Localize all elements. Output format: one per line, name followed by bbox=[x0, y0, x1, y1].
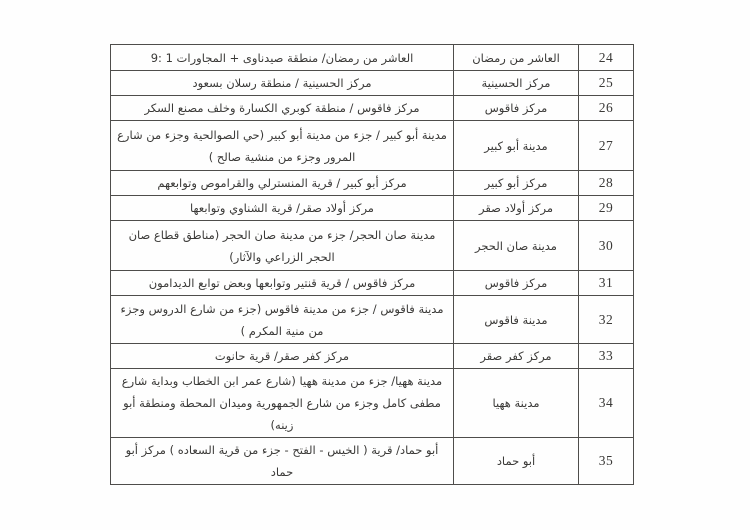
table-row: 30 مدينة صان الحجر مدينة صان الحجر/ جزء … bbox=[111, 221, 634, 271]
area-description-cell: مركز فاقوس / منطقة كوبري الكسارة وخلف مص… bbox=[111, 96, 454, 121]
scanned-document-page: 24 العاشر من رمضان العاشر من رمضان/ منطق… bbox=[0, 0, 750, 530]
area-description-cell: مركز فاقوس / قرية قنتير وتوابعها وبعض تو… bbox=[111, 271, 454, 296]
area-description-cell: مدينة أبو كبير / جزء من مدينة أبو كبير (… bbox=[111, 121, 454, 171]
table-row: 28 مركز أبو كبير مركز أبو كبير / قرية ال… bbox=[111, 171, 634, 196]
center-name-cell: مركز أولاد صقر bbox=[454, 196, 579, 221]
row-number-cell: 30 bbox=[579, 221, 634, 271]
row-number-cell: 31 bbox=[579, 271, 634, 296]
center-name-cell: مدينة ههيا bbox=[454, 369, 579, 438]
districts-table: 24 العاشر من رمضان العاشر من رمضان/ منطق… bbox=[110, 44, 634, 485]
table-row: 24 العاشر من رمضان العاشر من رمضان/ منطق… bbox=[111, 45, 634, 71]
area-description-cell: مركز أولاد صقر/ قرية الشناوي وتوابعها bbox=[111, 196, 454, 221]
table-row: 35 أبو حماد أبو حماد/ قرية ( الخيس - الف… bbox=[111, 438, 634, 485]
row-number-cell: 34 bbox=[579, 369, 634, 438]
center-name-cell: العاشر من رمضان bbox=[454, 45, 579, 71]
center-name-cell: مدينة أبو كبير bbox=[454, 121, 579, 171]
table-row: 25 مركز الحسينية مركز الحسينية / منطقة ر… bbox=[111, 71, 634, 96]
area-description-cell: أبو حماد/ قرية ( الخيس - الفتح - جزء من … bbox=[111, 438, 454, 485]
row-number-cell: 26 bbox=[579, 96, 634, 121]
area-description-cell: مركز أبو كبير / قرية المنسترلي والقراموص… bbox=[111, 171, 454, 196]
center-name-cell: مركز أبو كبير bbox=[454, 171, 579, 196]
center-name-cell: مركز كفر صقر bbox=[454, 344, 579, 369]
table-row: 31 مركز فاقوس مركز فاقوس / قرية قنتير وت… bbox=[111, 271, 634, 296]
area-description-cell: العاشر من رمضان/ منطقة صيدناوى + المجاور… bbox=[111, 45, 454, 71]
table-row: 32 مدينة فاقوس مدينة فاقوس / جزء من مدين… bbox=[111, 296, 634, 344]
table-row: 34 مدينة ههيا مدينة ههيا/ جزء من مدينة ه… bbox=[111, 369, 634, 438]
table-row: 29 مركز أولاد صقر مركز أولاد صقر/ قرية ا… bbox=[111, 196, 634, 221]
row-number-cell: 28 bbox=[579, 171, 634, 196]
row-number-cell: 24 bbox=[579, 45, 634, 71]
center-name-cell: مركز فاقوس bbox=[454, 96, 579, 121]
table-row: 27 مدينة أبو كبير مدينة أبو كبير / جزء م… bbox=[111, 121, 634, 171]
row-number-cell: 25 bbox=[579, 71, 634, 96]
area-description-cell: مركز الحسينية / منطقة رسلان بسعود bbox=[111, 71, 454, 96]
row-number-cell: 32 bbox=[579, 296, 634, 344]
area-description-cell: مدينة فاقوس / جزء من مدينة فاقوس (جزء من… bbox=[111, 296, 454, 344]
area-description-cell: مركز كفر صقر/ قرية حانوت bbox=[111, 344, 454, 369]
row-number-cell: 33 bbox=[579, 344, 634, 369]
center-name-cell: مدينة فاقوس bbox=[454, 296, 579, 344]
center-name-cell: مدينة صان الحجر bbox=[454, 221, 579, 271]
table-row: 33 مركز كفر صقر مركز كفر صقر/ قرية حانوت bbox=[111, 344, 634, 369]
area-description-cell: مدينة ههيا/ جزء من مدينة ههيا (شارع عمر … bbox=[111, 369, 454, 438]
row-number-cell: 35 bbox=[579, 438, 634, 485]
table-row: 26 مركز فاقوس مركز فاقوس / منطقة كوبري ا… bbox=[111, 96, 634, 121]
area-description-cell: مدينة صان الحجر/ جزء من مدينة صان الحجر … bbox=[111, 221, 454, 271]
center-name-cell: أبو حماد bbox=[454, 438, 579, 485]
center-name-cell: مركز فاقوس bbox=[454, 271, 579, 296]
row-number-cell: 29 bbox=[579, 196, 634, 221]
row-number-cell: 27 bbox=[579, 121, 634, 171]
center-name-cell: مركز الحسينية bbox=[454, 71, 579, 96]
